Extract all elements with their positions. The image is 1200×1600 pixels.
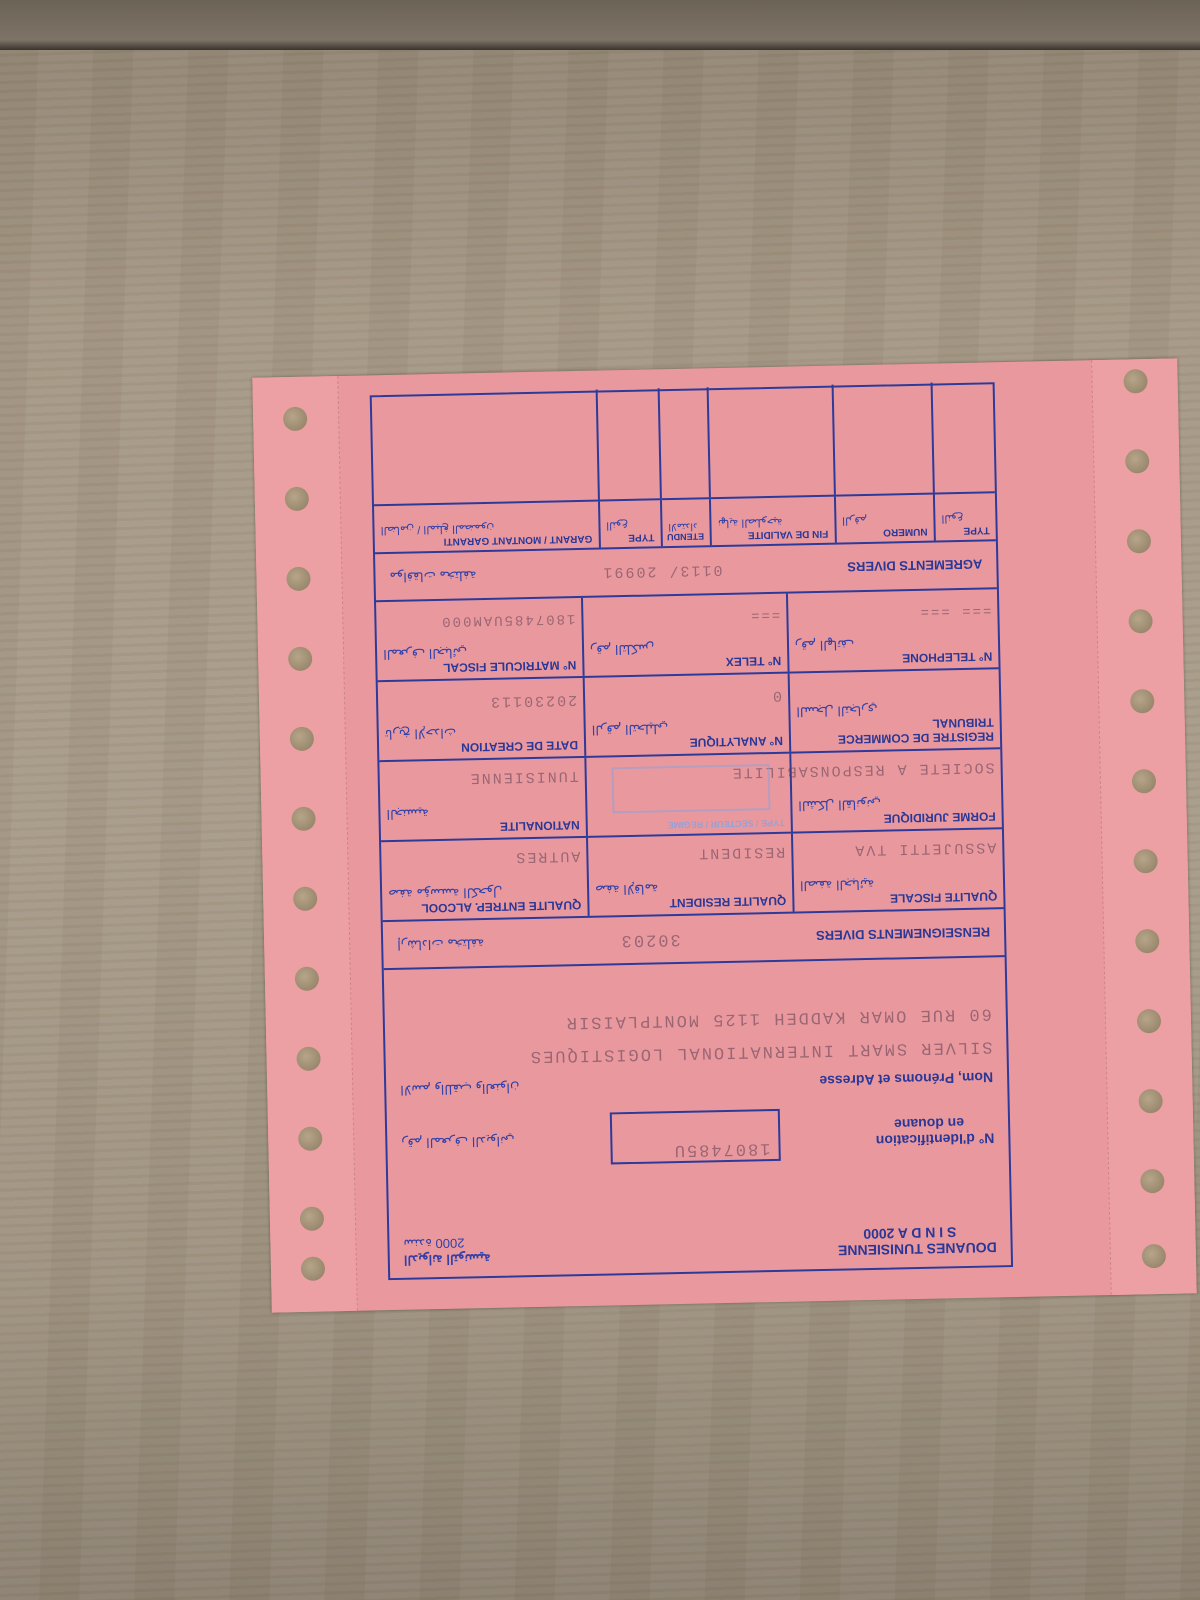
qualite-alcool-cell: QUALITE ENTREP. ALCOOL صفة مؤسسة الكحول … xyxy=(381,838,588,920)
identification-label-line1: N° d'Identification xyxy=(876,1130,995,1148)
agrement-cell xyxy=(707,385,833,498)
perforation-hole xyxy=(300,1206,324,1230)
table-edge xyxy=(0,0,1200,50)
perforation-hole xyxy=(1135,929,1159,953)
system-name-ar: سندة 2000 xyxy=(403,1234,490,1252)
form-header-right: الديوانة التونسية سندة 2000 xyxy=(402,1186,491,1268)
numero-analytique-value: 0 xyxy=(591,687,782,708)
juridique-row: FORME JURIDIQUE الشكل القانوني SOCIETE A… xyxy=(379,747,1002,840)
perforation-hole xyxy=(291,807,315,831)
name-address-label-ar: الاسم واللقب والعنوان xyxy=(400,1079,520,1097)
perforation-hole xyxy=(1133,849,1157,873)
telephone-value: === === xyxy=(794,601,991,621)
company-name: SILVER SMART INTERNATIONAL LOGISTIQUES xyxy=(399,1036,992,1067)
forme-juridique-cell: FORME JURIDIQUE الشكل القانوني SOCIETE A… xyxy=(789,749,1002,831)
name-address-label: Nom, Prénoms et Adresse xyxy=(819,1069,993,1089)
col-fin-validite-label: FIN DE VALIDITE xyxy=(718,528,828,541)
perforation-hole xyxy=(301,1256,325,1280)
col-etendu-label-ar: الامتداد xyxy=(668,520,704,532)
customs-form-sheet: DOUANES TUNISIENNE S I N D A 2000 الديوا… xyxy=(252,358,1196,1312)
perforation-hole xyxy=(1125,449,1149,473)
col-type-label-ar: النوع xyxy=(941,511,989,525)
perforation-hole xyxy=(298,1126,322,1150)
identification-row: N° d'Identification en douane 1807485U ر… xyxy=(387,1095,1009,1178)
qualite-alcool-value: AUTRES xyxy=(387,847,580,868)
telex-cell: N° TELEX رقم التلكس === xyxy=(581,594,788,676)
perforation-hole xyxy=(1137,1009,1161,1033)
system-name: S I N D A 2000 xyxy=(838,1224,957,1242)
left-tractor-strip xyxy=(252,376,358,1313)
faded-stamp xyxy=(611,764,770,813)
perforation-hole xyxy=(1138,1089,1162,1113)
numero-analytique-cell: N° ANALYTIQUE الرقم التحليلي 0 xyxy=(583,674,790,756)
agrements-code: 0113/ 20991 xyxy=(601,561,722,581)
qualite-fiscale-cell: QUALITE FISCALE الصفة الجبائية ASSUJETTI… xyxy=(791,829,1004,911)
nationalite-value: TUNISIENNE xyxy=(386,767,579,788)
identification-label-ar: رقم المعرف الديواني xyxy=(401,1132,514,1150)
form-header: DOUANES TUNISIENNE S I N D A 2000 الديوا… xyxy=(388,1165,1011,1278)
agrements-title: AGREMENTS DIVERS xyxy=(847,557,982,575)
name-address-block: Nom, Prénoms et Adresse الاسم واللقب وال… xyxy=(384,955,1008,1108)
agrement-cell xyxy=(657,387,709,498)
renseignements-code: 30203 xyxy=(619,929,680,949)
perforation-hole xyxy=(1127,529,1151,553)
org-name: DOUANES TUNISIENNE xyxy=(838,1239,997,1258)
perforation-hole xyxy=(286,567,310,591)
col-numero-label: NUMERO xyxy=(842,526,928,539)
col-type-2: TYPE النوع xyxy=(598,500,661,547)
date-creation-cell: DATE DE CREATION تاريخ الإحداث 20230113 xyxy=(378,678,585,760)
type-secteur-cell: TYPE / SECTEUR / REGIME xyxy=(584,754,791,836)
qualite-resident-value: RESIDENT xyxy=(594,843,785,864)
contact-row: N° TELEPHONE رقم الهاتف === === N° TELEX… xyxy=(376,587,999,680)
perforation-hole xyxy=(1130,689,1154,713)
perforation-hole xyxy=(296,1047,320,1071)
customs-registration-form: DOUANES TUNISIENNE S I N D A 2000 الديوا… xyxy=(370,382,1013,1280)
org-name-ar: الديوانة التونسية xyxy=(404,1250,491,1268)
name-address-label-row: Nom, Prénoms et Adresse الاسم واللقب وال… xyxy=(400,1069,993,1097)
registre-commerce-cell: REGISTRE DE COMMERCE TRIBUNAL السجل التج… xyxy=(787,669,1000,751)
matricule-fiscal-value: 1807485UAM000 xyxy=(382,610,575,630)
col-type-2-label: TYPE xyxy=(606,531,654,543)
perforation-hole xyxy=(283,407,307,431)
perforation-hole xyxy=(1132,769,1156,793)
registre-row: REGISTRE DE COMMERCE TRIBUNAL السجل التج… xyxy=(378,667,1001,760)
agrement-cell xyxy=(595,388,659,499)
col-garant: GARANT / MONTANT GARANTI الضامن / المبلغ… xyxy=(374,502,598,553)
identification-label-line2: en douane xyxy=(875,1115,964,1133)
agrement-cell xyxy=(930,381,994,492)
identification-value: 1807485U xyxy=(673,1138,771,1159)
perforation-hole xyxy=(288,647,312,671)
qualite-resident-cell: QUALITE RESIDENT صفة الإقامة RESIDENT xyxy=(586,834,793,916)
qualite-fiscale-value: ASSUJETTI TVA xyxy=(799,838,996,859)
col-etendu: ETENDU الامتداد xyxy=(660,499,711,546)
renseignements-title: RENSEIGNEMENTS DIVERS xyxy=(816,925,990,944)
perforation-hole xyxy=(1142,1244,1166,1268)
form-header-left: DOUANES TUNISIENNE S I N D A 2000 xyxy=(837,1175,997,1258)
perforation-hole xyxy=(1140,1169,1164,1193)
col-numero: NUMERO الرقم xyxy=(833,495,933,543)
date-creation-value: 20230113 xyxy=(384,691,577,712)
agrements-title-ar: موافقات مختلفة xyxy=(389,567,476,585)
nationalite-cell: NATIONALITE الجنسية TUNISIENNE xyxy=(379,758,586,840)
type-secteur-label: TYPE / SECTEUR / REGIME xyxy=(594,818,785,832)
col-type: TYPE النوع xyxy=(933,493,996,540)
matricule-fiscal-cell: N° MATRICULE FISCAL المعرف الجبائي 18074… xyxy=(376,598,583,680)
identification-value-box: 1807485U xyxy=(610,1109,781,1165)
col-fin-validite: FIN DE VALIDITE نهاية الصلوحية xyxy=(709,497,834,546)
company-address: 60 RUE OMAR KADDEH 1125 MONTPLAISIR xyxy=(399,1003,992,1034)
col-type-label: TYPE xyxy=(941,524,989,536)
identification-label: N° d'Identification en douane xyxy=(875,1114,994,1148)
agrement-cell xyxy=(372,390,598,505)
perforation-hole xyxy=(293,887,317,911)
fiscal-row: QUALITE FISCALE الصفة الجبائية ASSUJETTI… xyxy=(381,827,1004,920)
col-etendu-label: ETENDU xyxy=(668,531,704,542)
telephone-cell: N° TELEPHONE رقم الهاتف === === xyxy=(786,589,999,671)
perforation-hole xyxy=(290,727,314,751)
right-tractor-strip xyxy=(1091,358,1197,1295)
renseignements-title-ar: إرشادات مختلفة xyxy=(397,935,484,953)
perforation-hole xyxy=(1128,609,1152,633)
forme-juridique-value: SOCIETE A RESPONSABILITE xyxy=(797,758,994,779)
perforation-hole xyxy=(1123,369,1147,393)
perforation-hole xyxy=(285,487,309,511)
col-type-2-label-ar: النوع xyxy=(606,518,654,532)
perforation-hole xyxy=(295,967,319,991)
telex-value: === xyxy=(589,606,780,626)
agrements-empty-row xyxy=(372,381,995,504)
agrement-cell xyxy=(831,383,933,495)
